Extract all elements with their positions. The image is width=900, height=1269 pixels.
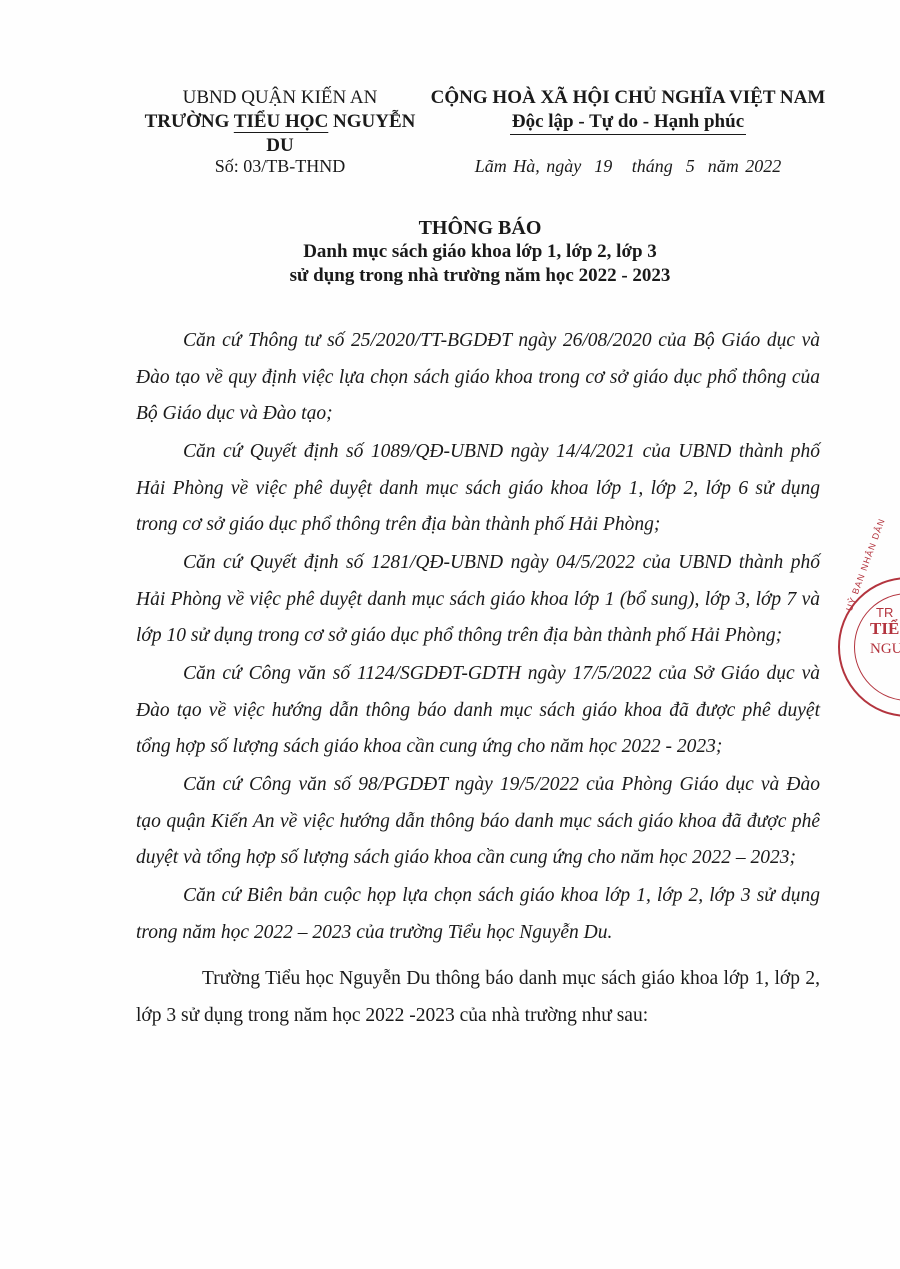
nation-name: CỘNG HOÀ XÃ HỘI CHỦ NGHĨA VIỆT NAM [418, 86, 838, 110]
stamp-line3: NGU [870, 641, 900, 658]
national-header-block: CỘNG HOÀ XÃ HỘI CHỦ NGHĨA VIỆT NAM Độc l… [418, 86, 838, 135]
stamp-ring-text: UỶ BAN NHÂN DÂN [844, 517, 887, 613]
document-title: THÔNG BÁO Danh mục sách giáo khoa lớp 1,… [130, 216, 830, 288]
legal-basis-paragraph: Căn cứ Quyết định số 1089/QĐ-UBND ngày 1… [136, 434, 820, 544]
stamp-line2: TIỂ [870, 619, 899, 639]
legal-basis-paragraph: Căn cứ Công văn số 98/PGDĐT ngày 19/5/20… [136, 767, 820, 877]
document-page: UBND QUẬN KIẾN AN TRƯỜNG TIỂU HỌC NGUYỄN… [0, 0, 900, 1269]
official-seal-stamp: UỶ BAN NHÂN DÂN TR TIỂ NGU [838, 577, 900, 717]
legal-basis-paragraph: Căn cứ Công văn số 1124/SGDĐT-GDTH ngày … [136, 656, 820, 766]
document-number: Số: 03/TB-THND [130, 156, 430, 177]
agency-name: UBND QUẬN KIẾN AN [130, 86, 430, 110]
school-name: TRƯỜNG TIỂU HỌC NGUYỄN DU [130, 110, 430, 158]
school-name-underlined: TIỂU HỌC [234, 111, 329, 132]
school-name-prefix: TRƯỜNG [145, 111, 234, 132]
title-subtitle-line1: Danh mục sách giáo khoa lớp 1, lớp 2, lớ… [130, 240, 830, 264]
announcement-paragraph: Trường Tiểu học Nguyễn Du thông báo danh… [136, 961, 820, 1034]
legal-basis-paragraph: Căn cứ Quyết định số 1281/QĐ-UBND ngày 0… [136, 545, 820, 655]
legal-basis-paragraph: Căn cứ Thông tư số 25/2020/TT-BGDĐT ngày… [136, 323, 820, 433]
title-heading: THÔNG BÁO [130, 216, 830, 240]
document-body: Căn cứ Thông tư số 25/2020/TT-BGDĐT ngày… [136, 323, 820, 1036]
title-subtitle-line2: sử dụng trong nhà trường năm học 2022 - … [130, 264, 830, 288]
place-and-date: Lãm Hà, ngày 19 tháng 5 năm 2022 [418, 156, 838, 177]
stamp-line1: TR [876, 605, 893, 620]
issuing-agency-block: UBND QUẬN KIẾN AN TRƯỜNG TIỂU HỌC NGUYỄN… [130, 86, 430, 158]
legal-basis-paragraph: Căn cứ Biên bản cuộc họp lựa chọn sách g… [136, 878, 820, 951]
national-motto: Độc lập - Tự do - Hạnh phúc [510, 111, 746, 135]
